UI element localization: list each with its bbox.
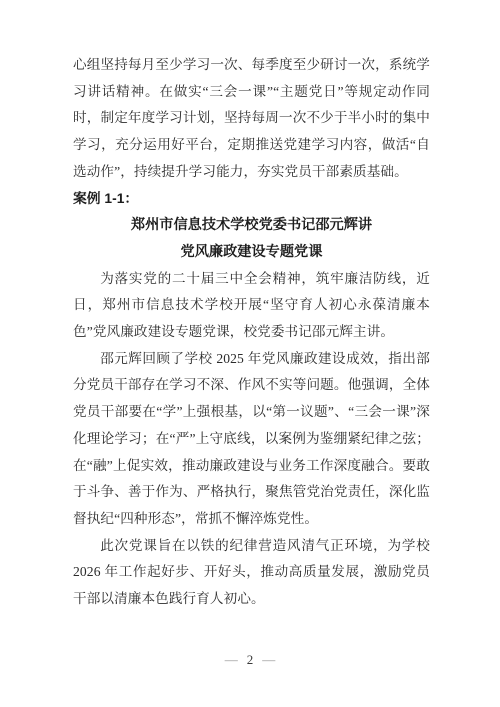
article-title-line1: 郑州市信息技术学校党委书记邵元辉讲: [73, 212, 430, 239]
footer-dash-right: —: [262, 652, 275, 667]
case-label: 案例 1-1：: [73, 186, 430, 213]
page-number: 2: [247, 652, 254, 667]
footer-dash-left: —: [225, 652, 238, 667]
page-footer: —2—: [0, 650, 500, 670]
paragraph-continuation: 心组坚持每月至少学习一次、每季度至少研讨一次，系统学习讲话精神。在做实“三会一课…: [73, 52, 430, 186]
paragraph-conclusion: 此次党课旨在以铁的纪律营造风清气正环境，为学校 2026 年工作起好步、开好头，…: [73, 533, 430, 613]
paragraph-speech-summary: 邵元辉回顾了学校 2025 年党风廉政建设成效，指出部分党员干部存在学习不深、作…: [73, 346, 430, 533]
document-content: 心组坚持每月至少学习一次、每季度至少研讨一次，系统学习讲话精神。在做实“三会一课…: [73, 52, 430, 613]
document-page: 心组坚持每月至少学习一次、每季度至少研讨一次，系统学习讲话精神。在做实“三会一课…: [0, 0, 500, 707]
article-title-line2: 党风廉政建设专题党课: [73, 239, 430, 266]
paragraph-intro: 为落实党的二十届三中全会精神，筑牢廉洁防线，近日，郑州市信息技术学校开展“坚守育…: [73, 266, 430, 346]
